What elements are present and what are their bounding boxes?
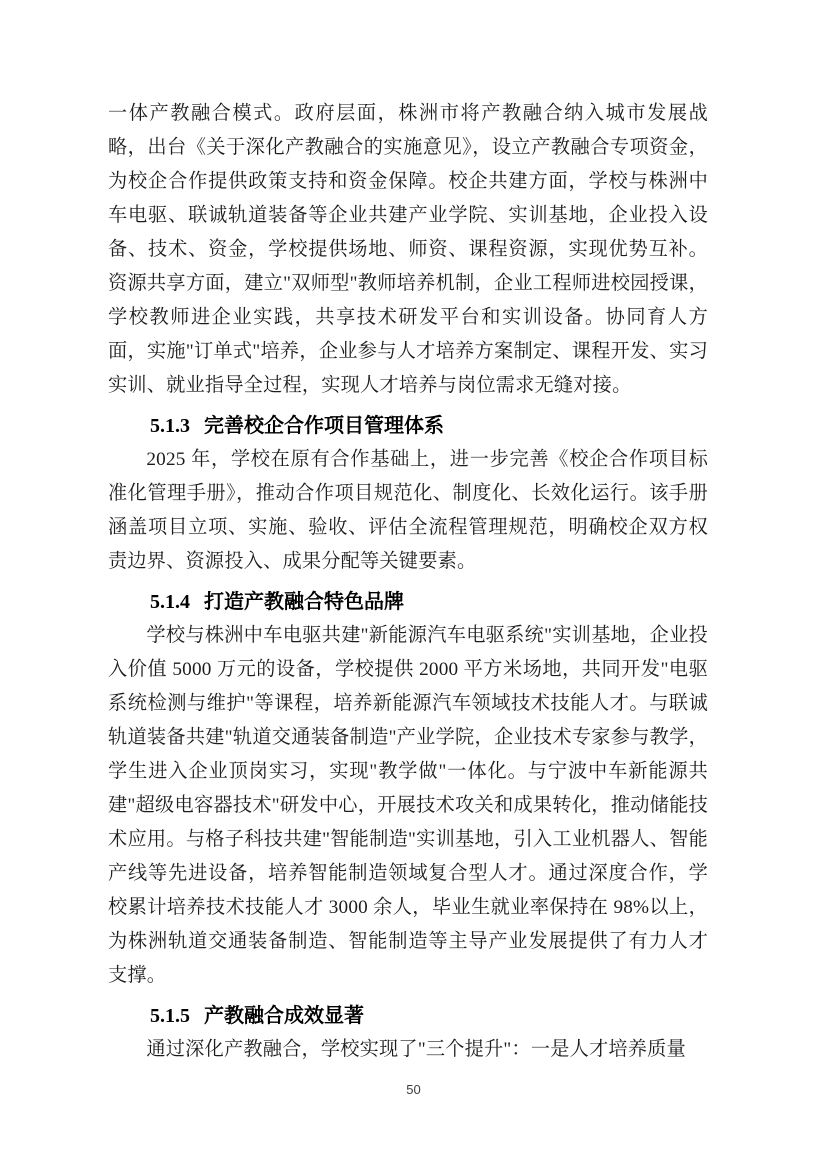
page-number: 50 bbox=[406, 1082, 420, 1097]
section-title: 完善校企合作项目管理体系 bbox=[204, 415, 444, 437]
section-number: 5.1.5 bbox=[150, 1005, 190, 1027]
page-footer: 50 bbox=[0, 1082, 827, 1097]
section-number: 5.1.3 bbox=[150, 415, 190, 437]
page-content: 一体产教融合模式。政府层面，株洲市将产教融合纳入城市发展战略，出台《关于深化产教… bbox=[108, 97, 708, 1067]
section-heading-5-1-4: 5.1.4 打造产教融合特色品牌 bbox=[108, 585, 708, 619]
section-title: 产教融合成效显著 bbox=[204, 1005, 364, 1027]
body-paragraph: 2025 年，学校在原有合作基础上，进一步完善《校企合作项目标准化管理手册》，推… bbox=[108, 443, 708, 579]
section-heading-5-1-5: 5.1.5 产教融合成效显著 bbox=[108, 999, 708, 1033]
section-title: 打造产教融合特色品牌 bbox=[204, 591, 404, 613]
section-number: 5.1.4 bbox=[150, 591, 190, 613]
section-heading-5-1-3: 5.1.3 完善校企合作项目管理体系 bbox=[108, 409, 708, 443]
body-paragraph-partial: 通过深化产教融合，学校实现了"三个提升"：一是人才培养质量 bbox=[108, 1033, 708, 1067]
body-paragraph-continuation: 一体产教融合模式。政府层面，株洲市将产教融合纳入城市发展战略，出台《关于深化产教… bbox=[108, 97, 708, 403]
body-paragraph: 学校与株洲中车电驱共建"新能源汽车电驱系统"实训基地，企业投入价值 5000 万… bbox=[108, 619, 708, 993]
